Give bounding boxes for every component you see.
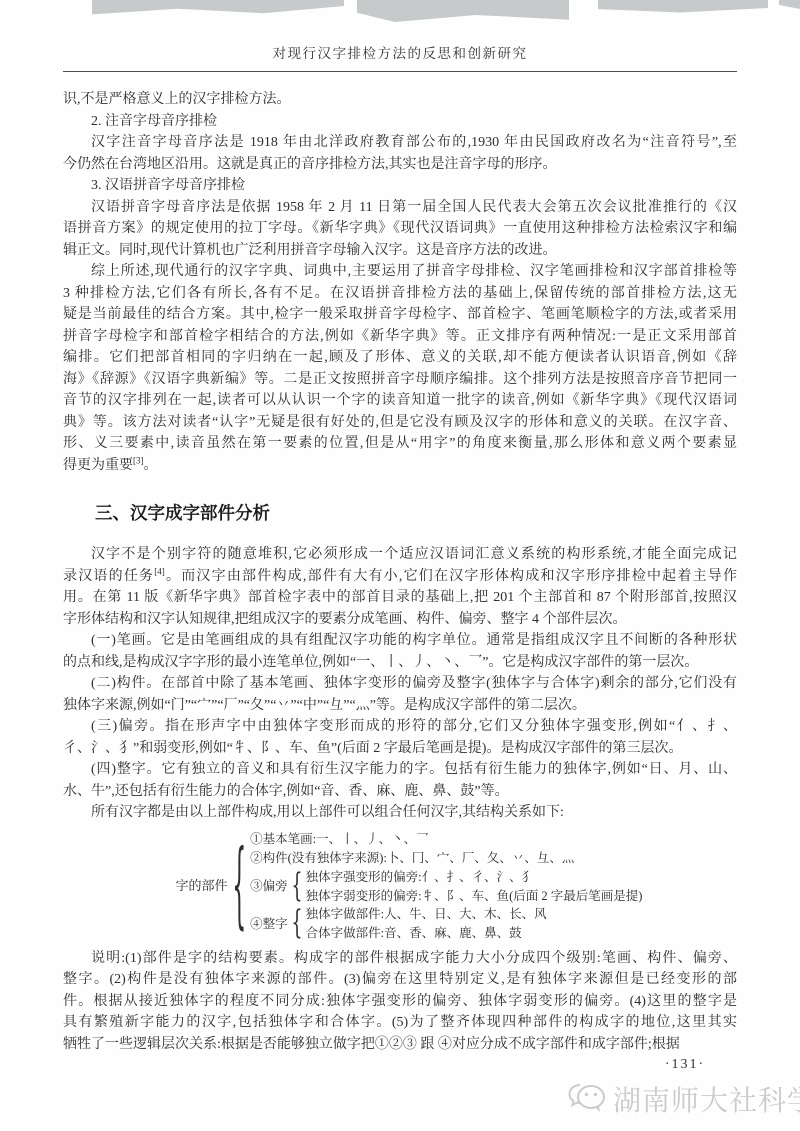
text-line: 独体字来源,例如“门”“宀”“厂”“夂”“丷”“中”“彑”“灬”等。是构成汉字部… (63, 695, 737, 717)
text-line: 2. 注音字母音序排检 (63, 111, 737, 133)
diagram-items: ①基本笔画:一、丨、丿、丶、乛②构件(没有独体字来源):卜、冂、宀、厂、夂、丷、… (250, 830, 642, 943)
text-line: 整字。(2)构件是没有独体字来源的部件。(3)偏旁在这里特别定义,是有独体字来源… (63, 969, 737, 991)
diagram-branch: ③偏旁{独体字强变形的偏旁:亻、扌、彳、氵、犭独体字弱变形的偏旁:牜、阝、车、鱼… (250, 868, 642, 906)
text-line: 拼音字母检字和部首检字相结合的方法,例如《新华字典》等。正文排序有两种情况:一是… (63, 326, 737, 348)
diagram-leaf: ①基本笔画:一、丨、丿、丶、乛 (250, 830, 642, 849)
wechat-icon (566, 1078, 608, 1119)
component-structure-diagram: 字的部件 { ①基本笔画:一、丨、丿、丶、乛②构件(没有独体字来源):卜、冂、宀… (0, 830, 800, 944)
text-line: 所有汉字都是由以上部件构成,用以上部件可以组合任何汉字,其结构关系如下: (63, 802, 737, 824)
text-line: 编排。它们把部首相同的字归纳在一起,顾及了形体、意义的关联,却不能方便读者认识语… (63, 347, 737, 369)
body-text-block-2: 汉字不是个别字符的随意堆积,它必须形成一个适应汉语词汇意义系统的构形系统,才能全… (63, 544, 737, 824)
brace-icon: { (291, 870, 302, 903)
diagram-branch-label: ③偏旁 (250, 877, 288, 896)
text-line: 辑正文。同时,现代计算机也广泛利用拼音字母输入汉字。这是音序方法的改进。 (63, 240, 737, 262)
text-line: 得更为重要[3]。 (63, 455, 737, 477)
text-line: 海》《辞源》《汉语字典新编》等。二是正文按照拼音字母顺序编排。这个排列方法是按照… (63, 369, 737, 391)
text-line: 水、牛”,还包括有衍生能力的合体字,例如“音、香、麻、鹿、鼻、鼓”等。 (63, 781, 737, 803)
text-line: 件。根据从接近独体字的程度不同分成:独体字强变形的偏旁、独体字弱变形的偏旁。(4… (63, 991, 737, 1013)
text-line: 今仍然在台湾地区沿用。这就是真正的音序排检方法,其实也是注音字母的形序。 (63, 154, 737, 176)
text-line: 疑是当前最佳的结合方案。其中,检字一般采取拼音字母检字、部首检字、笔画笔顺检字的… (63, 304, 737, 326)
diagram-branch-label: ④整字 (250, 915, 288, 934)
journal-watermark: 湖南师大社科学报 (566, 1078, 800, 1119)
text-line: 的点和线,是构成汉字字形的最小连笔单位,例如“一、丨、丿、丶、乛”。它是构成汉字… (63, 652, 737, 674)
text-line: 录汉语的任务[4]。而汉字由部件构成,部件有大有小,它们在汉字形体构成和汉字形序… (63, 566, 737, 588)
body-text-block-3: 说明:(1)部件是字的结构要素。构成字的部件根据成字能力大小分成四个级别:笔画、… (63, 948, 737, 1056)
text-line: 3 种排检方法,它们各有所长,各有不足。在汉语拼音排检方法的基础上,保留传统的部… (63, 283, 737, 305)
text-line: 用。在第 11 版《新华字典》部首检字表中的部首目录的基础上,把 201 个主部… (63, 587, 737, 609)
diagram-leaf: 独体字强变形的偏旁:亻、扌、彳、氵、犭 (306, 868, 643, 887)
diagram-leaf: 独体字做部件:人、牛、日、大、木、长、风 (306, 905, 547, 924)
diagram-leaf: 独体字弱变形的偏旁:牜、阝、车、鱼(后面 2 字最后笔画是提) (306, 887, 643, 906)
page-number: ·131· (630, 1057, 740, 1073)
diagram-branch: ④整字{独体字做部件:人、牛、日、大、木、长、风合体字做部件:音、香、麻、鹿、鼻… (250, 905, 642, 943)
text-line: 综上所述,现代通行的汉字字典、词典中,主要运用了拼音字母排检、汉字笔画排检和汉字… (63, 261, 737, 283)
text-line: 汉语拼音字母音序法是依据 1958 年 2 月 11 日第一届全国人民代表大会第… (63, 197, 737, 219)
text-line: 说明:(1)部件是字的结构要素。构成字的部件根据成字能力大小分成四个级别:笔画、… (63, 948, 737, 970)
brace-icon: { (232, 840, 246, 934)
text-line: (四)整字。它有独立的音义和具有衍生汉字能力的字。包括有衍生能力的独体字,例如“… (63, 759, 737, 781)
text-line: 汉字注音字母音序法是 1918 年由北洋政府教育部公布的,1930 年由民国政府… (63, 132, 737, 154)
text-line: (二)构件。在部首中除了基本笔画、独体字变形的偏旁及整字(独体字与合体字)剩余的… (63, 673, 737, 695)
text-line: 3. 汉语拼音字母音序排检 (63, 175, 737, 197)
text-line: 具有繁殖新字能力的汉字,包括独体字和合体字。(5)为了整齐体现四种部件的构成字的… (63, 1012, 737, 1034)
section-heading: 三、汉字成字部件分析 (63, 502, 737, 525)
text-line: (三)偏旁。指在形声字中由独体字变形而成的形符的部分,它们又分独体字强变形,例如… (63, 716, 737, 738)
text-line: 字形体结构和汉字认知规律,把组成汉字的要素分成笔画、构件、偏旁、整字 4 个部件… (63, 609, 737, 631)
text-line: 典》等。该方法对读者“认字”无疑是很有好处的,但是它没有顾及汉字的形体和意义的关… (63, 412, 737, 434)
diagram-leaf: 合体字做部件:音、香、麻、鹿、鼻、鼓 (306, 924, 547, 943)
text-line: 彳、氵、犭”和弱变形,例如“牜、阝、车、鱼”(后面 2 字最后笔画是提)。是构成… (63, 738, 737, 760)
header-rule (63, 71, 737, 72)
diagram-leaf: ②构件(没有独体字来源):卜、冂、宀、厂、夂、丷、彑、灬 (250, 849, 642, 868)
text-line: 汉字不是个别字符的随意堆积,它必须形成一个适应汉语词汇意义系统的构形系统,才能全… (63, 544, 737, 566)
text-line: 牺牲了一些逻辑层次关系:根据是否能够独立做字把①②③ 跟 ④对应分成不成字部件和… (63, 1034, 737, 1056)
text-line: (一)笔画。它是由笔画组成的具有组配汉字功能的构字单位。通常是指组成汉字且不间断… (63, 630, 737, 652)
text-line: 音节的汉字排列在一起,读者可以从认识一个字的读音知道一批字的读音,例如《新华字典… (63, 390, 737, 412)
body-text-block-1: 识,不是严格意义上的汉字排检方法。2. 注音字母音序排检汉字注音字母音序法是 1… (63, 89, 737, 476)
text-line: 识,不是严格意义上的汉字排检方法。 (63, 89, 737, 111)
scanned-document-page: 对现行汉字排检方法的反思和创新研究 识,不是严格意义上的汉字排检方法。2. 注音… (0, 0, 800, 1131)
text-line: 形、义三要素中,读音虽然在第一要素的位置,但是从“用字”的角度来衡量,那么形体和… (63, 433, 737, 455)
watermark-text: 湖南师大社科学报 (613, 1079, 800, 1119)
brace-icon: { (291, 908, 302, 941)
text-line: 语拼音方案》的规定使用的拉丁字母。《新华字典》《现代汉语词典》一直使用这种排检方… (63, 218, 737, 240)
diagram-root-label: 字的部件 (176, 877, 228, 896)
